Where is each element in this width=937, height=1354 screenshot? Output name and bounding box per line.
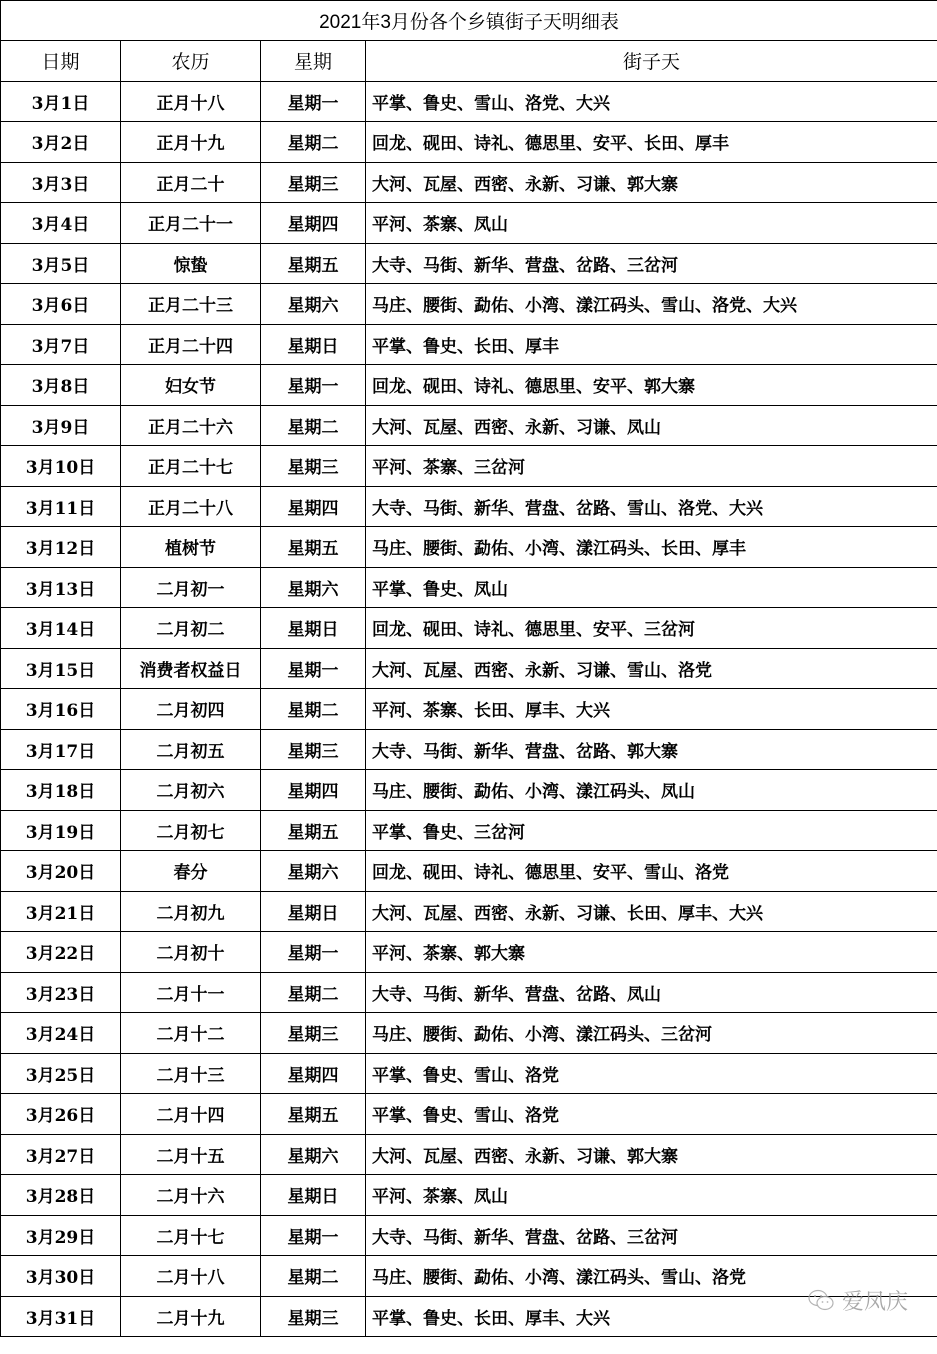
table-row: 3月14日 二月初二 星期日 回龙、砚田、诗礼、德思里、安平、三岔河 [1, 608, 937, 649]
lunar-cell: 二月初一 [121, 567, 261, 608]
markets-cell: 平河、茶寨、三岔河 [366, 446, 937, 487]
markets-cell: 大寺、马街、新华、营盘、岔路、三岔河 [366, 243, 937, 284]
lunar-cell: 二月十五 [121, 1134, 261, 1175]
header-date: 日期 [1, 41, 121, 82]
date-cell: 3月26日 [1, 1094, 121, 1135]
weekday-cell: 星期日 [261, 1175, 366, 1216]
markets-cell: 马庄、腰街、勐佑、小湾、漾江码头、三岔河 [366, 1013, 937, 1054]
date-cell: 3月2日 [1, 122, 121, 163]
markets-cell: 平掌、鲁史、雪山、洛党 [366, 1053, 937, 1094]
table-row: 3月19日 二月初七 星期五 平掌、鲁史、三岔河 [1, 810, 937, 851]
header-weekday: 星期 [261, 41, 366, 82]
table-body: 3月1日 正月十八 星期一 平掌、鲁史、雪山、洛党、大兴 3月2日 正月十九 星… [1, 81, 937, 1337]
date-cell: 3月6日 [1, 284, 121, 325]
lunar-cell: 二月十一 [121, 972, 261, 1013]
lunar-cell: 二月初四 [121, 689, 261, 730]
weekday-cell: 星期四 [261, 486, 366, 527]
date-cell: 3月5日 [1, 243, 121, 284]
markets-cell: 马庄、腰街、勐佑、小湾、漾江码头、凤山 [366, 770, 937, 811]
lunar-cell: 二月十三 [121, 1053, 261, 1094]
weekday-cell: 星期六 [261, 284, 366, 325]
table-row: 3月23日 二月十一 星期二 大寺、马街、新华、营盘、岔路、凤山 [1, 972, 937, 1013]
market-day-sheet: 2021年3月份各个乡镇街子天明细表 日期 农历 星期 街子天 3月1日 正月十… [0, 0, 937, 1337]
weekday-cell: 星期六 [261, 567, 366, 608]
table-row: 3月10日 正月二十七 星期三 平河、茶寨、三岔河 [1, 446, 937, 487]
lunar-cell: 正月二十七 [121, 446, 261, 487]
weekday-cell: 星期六 [261, 1134, 366, 1175]
date-cell: 3月16日 [1, 689, 121, 730]
date-cell: 3月30日 [1, 1256, 121, 1297]
table-row: 3月15日 消费者权益日 星期一 大河、瓦屋、西密、永新、习谦、雪山、洛党 [1, 648, 937, 689]
header-markets: 街子天 [366, 41, 937, 82]
table-row: 3月1日 正月十八 星期一 平掌、鲁史、雪山、洛党、大兴 [1, 81, 937, 122]
weekday-cell: 星期日 [261, 891, 366, 932]
markets-cell: 回龙、砚田、诗礼、德思里、安平、郭大寨 [366, 365, 937, 406]
weekday-cell: 星期三 [261, 446, 366, 487]
weekday-cell: 星期一 [261, 648, 366, 689]
date-cell: 3月20日 [1, 851, 121, 892]
date-cell: 3月9日 [1, 405, 121, 446]
date-cell: 3月29日 [1, 1215, 121, 1256]
markets-cell: 大河、瓦屋、西密、永新、习谦、雪山、洛党 [366, 648, 937, 689]
markets-cell: 平河、茶寨、郭大寨 [366, 932, 937, 973]
table-row: 3月17日 二月初五 星期三 大寺、马街、新华、营盘、岔路、郭大寨 [1, 729, 937, 770]
lunar-cell: 二月十八 [121, 1256, 261, 1297]
lunar-cell: 二月初七 [121, 810, 261, 851]
table-row: 3月11日 正月二十八 星期四 大寺、马街、新华、营盘、岔路、雪山、洛党、大兴 [1, 486, 937, 527]
date-cell: 3月28日 [1, 1175, 121, 1216]
markets-cell: 回龙、砚田、诗礼、德思里、安平、三岔河 [366, 608, 937, 649]
lunar-cell: 惊蛰 [121, 243, 261, 284]
date-cell: 3月24日 [1, 1013, 121, 1054]
lunar-cell: 植树节 [121, 527, 261, 568]
weekday-cell: 星期三 [261, 1296, 366, 1337]
weekday-cell: 星期二 [261, 689, 366, 730]
lunar-cell: 正月二十三 [121, 284, 261, 325]
table-row: 3月30日 二月十八 星期二 马庄、腰街、勐佑、小湾、漾江码头、雪山、洛党 [1, 1256, 937, 1297]
date-cell: 3月21日 [1, 891, 121, 932]
table-row: 3月5日 惊蛰 星期五 大寺、马街、新华、营盘、岔路、三岔河 [1, 243, 937, 284]
market-day-table: 2021年3月份各个乡镇街子天明细表 日期 农历 星期 街子天 3月1日 正月十… [0, 0, 937, 1337]
markets-cell: 大寺、马街、新华、营盘、岔路、凤山 [366, 972, 937, 1013]
markets-cell: 平河、茶寨、凤山 [366, 203, 937, 244]
markets-cell: 平掌、鲁史、长田、厚丰、大兴 [366, 1296, 937, 1337]
header-row: 日期 农历 星期 街子天 [1, 41, 937, 82]
lunar-cell: 二月十二 [121, 1013, 261, 1054]
table-row: 3月2日 正月十九 星期二 回龙、砚田、诗礼、德思里、安平、长田、厚丰 [1, 122, 937, 163]
markets-cell: 马庄、腰街、勐佑、小湾、漾江码头、雪山、洛党 [366, 1256, 937, 1297]
table-row: 3月31日 二月十九 星期三 平掌、鲁史、长田、厚丰、大兴 [1, 1296, 937, 1337]
markets-cell: 大河、瓦屋、西密、永新、习谦、长田、厚丰、大兴 [366, 891, 937, 932]
weekday-cell: 星期三 [261, 162, 366, 203]
date-cell: 3月14日 [1, 608, 121, 649]
lunar-cell: 正月二十 [121, 162, 261, 203]
table-row: 3月20日 春分 星期六 回龙、砚田、诗礼、德思里、安平、雪山、洛党 [1, 851, 937, 892]
table-row: 3月26日 二月十四 星期五 平掌、鲁史、雪山、洛党 [1, 1094, 937, 1135]
weekday-cell: 星期五 [261, 243, 366, 284]
date-cell: 3月7日 [1, 324, 121, 365]
header-lunar: 农历 [121, 41, 261, 82]
markets-cell: 马庄、腰街、勐佑、小湾、漾江码头、长田、厚丰 [366, 527, 937, 568]
lunar-cell: 二月十九 [121, 1296, 261, 1337]
weekday-cell: 星期三 [261, 1013, 366, 1054]
markets-cell: 平掌、鲁史、凤山 [366, 567, 937, 608]
markets-cell: 平掌、鲁史、长田、厚丰 [366, 324, 937, 365]
table-row: 3月9日 正月二十六 星期二 大河、瓦屋、西密、永新、习谦、凤山 [1, 405, 937, 446]
markets-cell: 平掌、鲁史、雪山、洛党、大兴 [366, 81, 937, 122]
date-cell: 3月1日 [1, 81, 121, 122]
table-title: 2021年3月份各个乡镇街子天明细表 [1, 1, 937, 41]
date-cell: 3月8日 [1, 365, 121, 406]
table-row: 3月28日 二月十六 星期日 平河、茶寨、凤山 [1, 1175, 937, 1216]
markets-cell: 平河、茶寨、凤山 [366, 1175, 937, 1216]
table-row: 3月3日 正月二十 星期三 大河、瓦屋、西密、永新、习谦、郭大寨 [1, 162, 937, 203]
date-cell: 3月4日 [1, 203, 121, 244]
lunar-cell: 二月初九 [121, 891, 261, 932]
markets-cell: 平掌、鲁史、雪山、洛党 [366, 1094, 937, 1135]
weekday-cell: 星期一 [261, 1215, 366, 1256]
date-cell: 3月3日 [1, 162, 121, 203]
lunar-cell: 妇女节 [121, 365, 261, 406]
table-row: 3月13日 二月初一 星期六 平掌、鲁史、凤山 [1, 567, 937, 608]
table-row: 3月7日 正月二十四 星期日 平掌、鲁史、长田、厚丰 [1, 324, 937, 365]
weekday-cell: 星期六 [261, 851, 366, 892]
title-row: 2021年3月份各个乡镇街子天明细表 [1, 1, 937, 41]
date-cell: 3月11日 [1, 486, 121, 527]
date-cell: 3月27日 [1, 1134, 121, 1175]
weekday-cell: 星期五 [261, 810, 366, 851]
table-row: 3月8日 妇女节 星期一 回龙、砚田、诗礼、德思里、安平、郭大寨 [1, 365, 937, 406]
lunar-cell: 正月十九 [121, 122, 261, 163]
lunar-cell: 春分 [121, 851, 261, 892]
date-cell: 3月23日 [1, 972, 121, 1013]
table-row: 3月29日 二月十七 星期一 大寺、马街、新华、营盘、岔路、三岔河 [1, 1215, 937, 1256]
lunar-cell: 二月十七 [121, 1215, 261, 1256]
lunar-cell: 二月初二 [121, 608, 261, 649]
lunar-cell: 正月二十六 [121, 405, 261, 446]
lunar-cell: 二月初六 [121, 770, 261, 811]
table-row: 3月6日 正月二十三 星期六 马庄、腰街、勐佑、小湾、漾江码头、雪山、洛党、大兴 [1, 284, 937, 325]
weekday-cell: 星期三 [261, 729, 366, 770]
markets-cell: 平河、茶寨、长田、厚丰、大兴 [366, 689, 937, 730]
markets-cell: 大寺、马街、新华、营盘、岔路、雪山、洛党、大兴 [366, 486, 937, 527]
markets-cell: 平掌、鲁史、三岔河 [366, 810, 937, 851]
weekday-cell: 星期四 [261, 1053, 366, 1094]
date-cell: 3月19日 [1, 810, 121, 851]
markets-cell: 回龙、砚田、诗礼、德思里、安平、长田、厚丰 [366, 122, 937, 163]
weekday-cell: 星期一 [261, 932, 366, 973]
weekday-cell: 星期二 [261, 1256, 366, 1297]
table-row: 3月24日 二月十二 星期三 马庄、腰街、勐佑、小湾、漾江码头、三岔河 [1, 1013, 937, 1054]
weekday-cell: 星期一 [261, 81, 366, 122]
weekday-cell: 星期四 [261, 770, 366, 811]
table-row: 3月16日 二月初四 星期二 平河、茶寨、长田、厚丰、大兴 [1, 689, 937, 730]
table-row: 3月25日 二月十三 星期四 平掌、鲁史、雪山、洛党 [1, 1053, 937, 1094]
table-row: 3月12日 植树节 星期五 马庄、腰街、勐佑、小湾、漾江码头、长田、厚丰 [1, 527, 937, 568]
date-cell: 3月31日 [1, 1296, 121, 1337]
markets-cell: 大河、瓦屋、西密、永新、习谦、凤山 [366, 405, 937, 446]
weekday-cell: 星期一 [261, 365, 366, 406]
date-cell: 3月10日 [1, 446, 121, 487]
weekday-cell: 星期二 [261, 122, 366, 163]
lunar-cell: 二月十四 [121, 1094, 261, 1135]
weekday-cell: 星期四 [261, 203, 366, 244]
lunar-cell: 正月二十四 [121, 324, 261, 365]
lunar-cell: 二月初五 [121, 729, 261, 770]
table-row: 3月18日 二月初六 星期四 马庄、腰街、勐佑、小湾、漾江码头、凤山 [1, 770, 937, 811]
weekday-cell: 星期日 [261, 324, 366, 365]
weekday-cell: 星期二 [261, 972, 366, 1013]
weekday-cell: 星期二 [261, 405, 366, 446]
date-cell: 3月25日 [1, 1053, 121, 1094]
markets-cell: 大寺、马街、新华、营盘、岔路、三岔河 [366, 1215, 937, 1256]
markets-cell: 回龙、砚田、诗礼、德思里、安平、雪山、洛党 [366, 851, 937, 892]
date-cell: 3月22日 [1, 932, 121, 973]
markets-cell: 马庄、腰街、勐佑、小湾、漾江码头、雪山、洛党、大兴 [366, 284, 937, 325]
table-row: 3月21日 二月初九 星期日 大河、瓦屋、西密、永新、习谦、长田、厚丰、大兴 [1, 891, 937, 932]
weekday-cell: 星期五 [261, 527, 366, 568]
date-cell: 3月12日 [1, 527, 121, 568]
markets-cell: 大河、瓦屋、西密、永新、习谦、郭大寨 [366, 162, 937, 203]
weekday-cell: 星期五 [261, 1094, 366, 1135]
weekday-cell: 星期日 [261, 608, 366, 649]
date-cell: 3月13日 [1, 567, 121, 608]
lunar-cell: 消费者权益日 [121, 648, 261, 689]
date-cell: 3月17日 [1, 729, 121, 770]
markets-cell: 大寺、马街、新华、营盘、岔路、郭大寨 [366, 729, 937, 770]
lunar-cell: 正月二十一 [121, 203, 261, 244]
table-row: 3月27日 二月十五 星期六 大河、瓦屋、西密、永新、习谦、郭大寨 [1, 1134, 937, 1175]
markets-cell: 大河、瓦屋、西密、永新、习谦、郭大寨 [366, 1134, 937, 1175]
lunar-cell: 二月十六 [121, 1175, 261, 1216]
lunar-cell: 二月初十 [121, 932, 261, 973]
date-cell: 3月15日 [1, 648, 121, 689]
lunar-cell: 正月十八 [121, 81, 261, 122]
date-cell: 3月18日 [1, 770, 121, 811]
table-row: 3月22日 二月初十 星期一 平河、茶寨、郭大寨 [1, 932, 937, 973]
table-row: 3月4日 正月二十一 星期四 平河、茶寨、凤山 [1, 203, 937, 244]
lunar-cell: 正月二十八 [121, 486, 261, 527]
